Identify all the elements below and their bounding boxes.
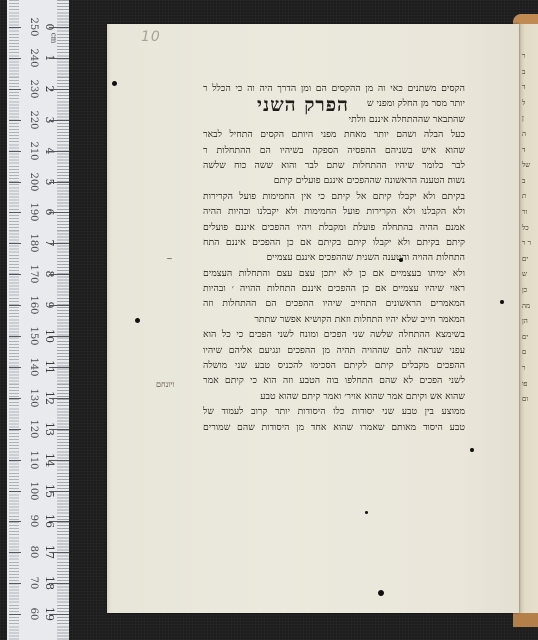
facing-page-text-fragment: כן [522,286,527,294]
facing-page-text-fragment: ל [522,99,525,107]
manuscript-line: קיתם בקיתם ולא יקבלו קיתם בקיתם אם כן הה… [203,235,465,250]
ruler-mm-label: 110 [26,447,40,473]
ruler-major-tick [9,614,21,615]
ruler-major-tick [49,614,69,615]
manuscript-line: המאמרים הראשונים התחייב שיהיו ההפכים הם … [203,296,465,311]
facing-page-text-fragment: ר ר [522,239,531,247]
ruler-mm-label: 220 [26,107,40,133]
facing-page-text-fragment: ר [522,52,525,60]
ruler-major-tick [49,305,69,306]
ruler-major-tick [49,243,69,244]
ruler-major-tick [49,336,69,337]
pinhole-dot [112,81,117,86]
ruler-mm-label: 160 [26,292,40,318]
facing-page-text-fragment: מה [522,302,530,310]
facing-page-text-fragment: ן [522,114,524,122]
facing-page-text-fragment: ור [522,208,527,216]
manuscript-line: שהוא אש וקיתם אמר שהוא אויר׳ ואמר קיתם ש… [203,389,465,404]
manuscript-line: ראוי שיהיו עצמיים אם כן ההפכים איננם התח… [203,281,465,296]
facing-page-text-fragment: ום [522,395,528,403]
ruler-mm-label: 60 [26,601,40,627]
ruler-major-tick [49,89,69,90]
facing-page-text-fragment: ר [522,364,525,372]
ruler-major-tick [49,398,69,399]
ruler-mm-label: 180 [26,230,40,256]
facing-page-text-fragment: ה [522,130,526,138]
manuscript-line: טבע היסוד מאותם שאמרו שהוא אחד מן היסודו… [203,420,465,435]
ruler-mm-label: 170 [26,261,40,287]
facing-page-text-fragment: פו [522,380,527,388]
manuscript-line: לשני הפכים לא שהם התחלפו בוה הטבע וזה הו… [203,373,465,388]
ruler-major-tick [49,552,69,553]
ruler-mm-label: 240 [26,45,40,71]
ruler-mm-label: 120 [26,416,40,442]
manuscript-line: ולא הקבלנו ולא הקרירות פועל החמימות ולא … [203,204,465,219]
ruler-mm-label: 70 [26,570,40,596]
manuscript-line: בשימצא ההתחלה שלשה שני הפכים ומונח לשני … [203,327,465,342]
facing-page-text-fragment: ים [522,255,528,263]
facing-page-text-fragment: ד [522,83,525,91]
chapter-heading: הפרק השני [254,93,352,117]
ruler-major-tick [9,120,21,121]
manuscript-line: ממוצע בין טבע שני יסודות כלו היסודות יות… [203,404,465,419]
ruler-mm-label: 200 [26,169,40,195]
ruler-major-tick [9,27,21,28]
facing-page-bottom-edge [513,613,538,627]
manuscript-line: בקיתם ולא יקבלו קיתם אל קיתם כי אין החמי… [203,189,465,204]
ruler-major-tick [9,491,21,492]
pinhole-dot [399,258,403,262]
manuscript-line: אמנם ההיה בהתחלה פועלת ומקבלת ויהיו ההפכ… [203,220,465,235]
pinhole-dot [135,318,140,323]
manuscript-line: ההפכים מקבלים קיתם לקיתם הסכימו להכניס ט… [203,358,465,373]
ruler-mm-label: 210 [26,138,40,164]
ruler-major-tick [9,243,21,244]
ruler-major-tick [49,212,69,213]
facing-page-text-fragment: ים [522,333,528,341]
ruler-major-tick [49,27,69,28]
manuscript-line: התחלות ההויה והטענה השנית שההפכים איננם … [203,250,465,265]
ruler-major-tick [49,274,69,275]
manuscript-text-block: הקסים משתנים כאי וה מן ההקסים הם ומן הדר… [203,81,465,435]
manuscript-line: נשוה׃ הטענה הראשונה שההפכים איננם פועלים… [203,173,465,188]
ruler-major-tick [9,552,21,553]
facing-page-text-fragment: ם [522,348,526,356]
ruler-mm-label: 230 [26,76,40,102]
ruler-mm-label: 100 [26,478,40,504]
manuscript-line: שהוא איש בשניהם ההפסיה הספקה בשיהיו הם ה… [203,143,465,158]
ruler-major-tick [9,212,21,213]
ruler-major-tick [49,583,69,584]
facing-page-text-fragment: ת [522,192,526,200]
margin-note: ויונחם [156,380,175,389]
ruler-major-tick [9,274,21,275]
facing-page-text-fragment: ב [522,177,525,185]
ruler-mm-label: 140 [26,354,40,380]
facing-page-text-fragment: כל [522,224,529,232]
ruler-major-tick [9,89,21,90]
margin-note: ~ [166,254,173,263]
ruler-major-tick [9,151,21,152]
ruler-major-tick [49,120,69,121]
ruler-mm-label: 150 [26,323,40,349]
ruler-major-tick [49,151,69,152]
manuscript-line: המאמר חייב שלא יהיו התחלות וזאת הקושיא א… [203,312,465,327]
manuscript-line: כעל הבלה ושהם יותר מאחת מפני היותם הקסים… [203,127,465,142]
manuscript-line: ולא ימיתו בעצמיים אם כן לא יתכן עצם עצם … [203,266,465,281]
ruler-major-tick [9,367,21,368]
ruler-mm-label: 130 [26,385,40,411]
measuring-ruler: cm 0250124022303220421052006190718081709… [7,0,69,640]
ruler-mm-ticks-right [57,0,69,640]
ruler-major-tick [49,460,69,461]
ruler-major-tick [49,429,69,430]
ruler-major-tick [9,305,21,306]
ruler-major-tick [9,336,21,337]
manuscript-line: לבר כלומר שיהיו ההתחלות שתם לבר והוא ששה… [203,158,465,173]
ruler-mm-label: 90 [26,508,40,534]
ruler-major-tick [49,521,69,522]
ruler-major-tick [9,521,21,522]
ruler-major-tick [49,491,69,492]
facing-page-text-fragment: ב [522,68,525,76]
ruler-major-tick [9,58,21,59]
ruler-mm-label: 250 [26,14,40,40]
ruler-mm-ticks-left [9,0,19,640]
facing-page-text-fragment: ד [522,146,525,154]
ruler-major-tick [9,398,21,399]
ruler-major-tick [49,182,69,183]
facing-page-text-fragment: ש [522,270,527,278]
ruler-major-tick [9,182,21,183]
ruler-major-tick [9,583,21,584]
ruler-major-tick [9,460,21,461]
ruler-major-tick [49,367,69,368]
ruler-major-tick [49,58,69,59]
pinhole-dot [470,448,474,452]
ruler-major-tick [9,429,21,430]
facing-page-text-fragment: הן [522,317,528,325]
pinhole-dot [500,300,504,304]
pinhole-dot [365,511,368,514]
ruler-mm-label: 190 [26,199,40,225]
facing-page-text-fragment: של [522,161,530,169]
manuscript-line: עפני שנראה להם שההויה תהיה מן ההפכים ונג… [203,343,465,358]
pinhole-dot [378,590,384,596]
ruler-mm-label: 80 [26,539,40,565]
folio-number: 10 [141,29,161,45]
